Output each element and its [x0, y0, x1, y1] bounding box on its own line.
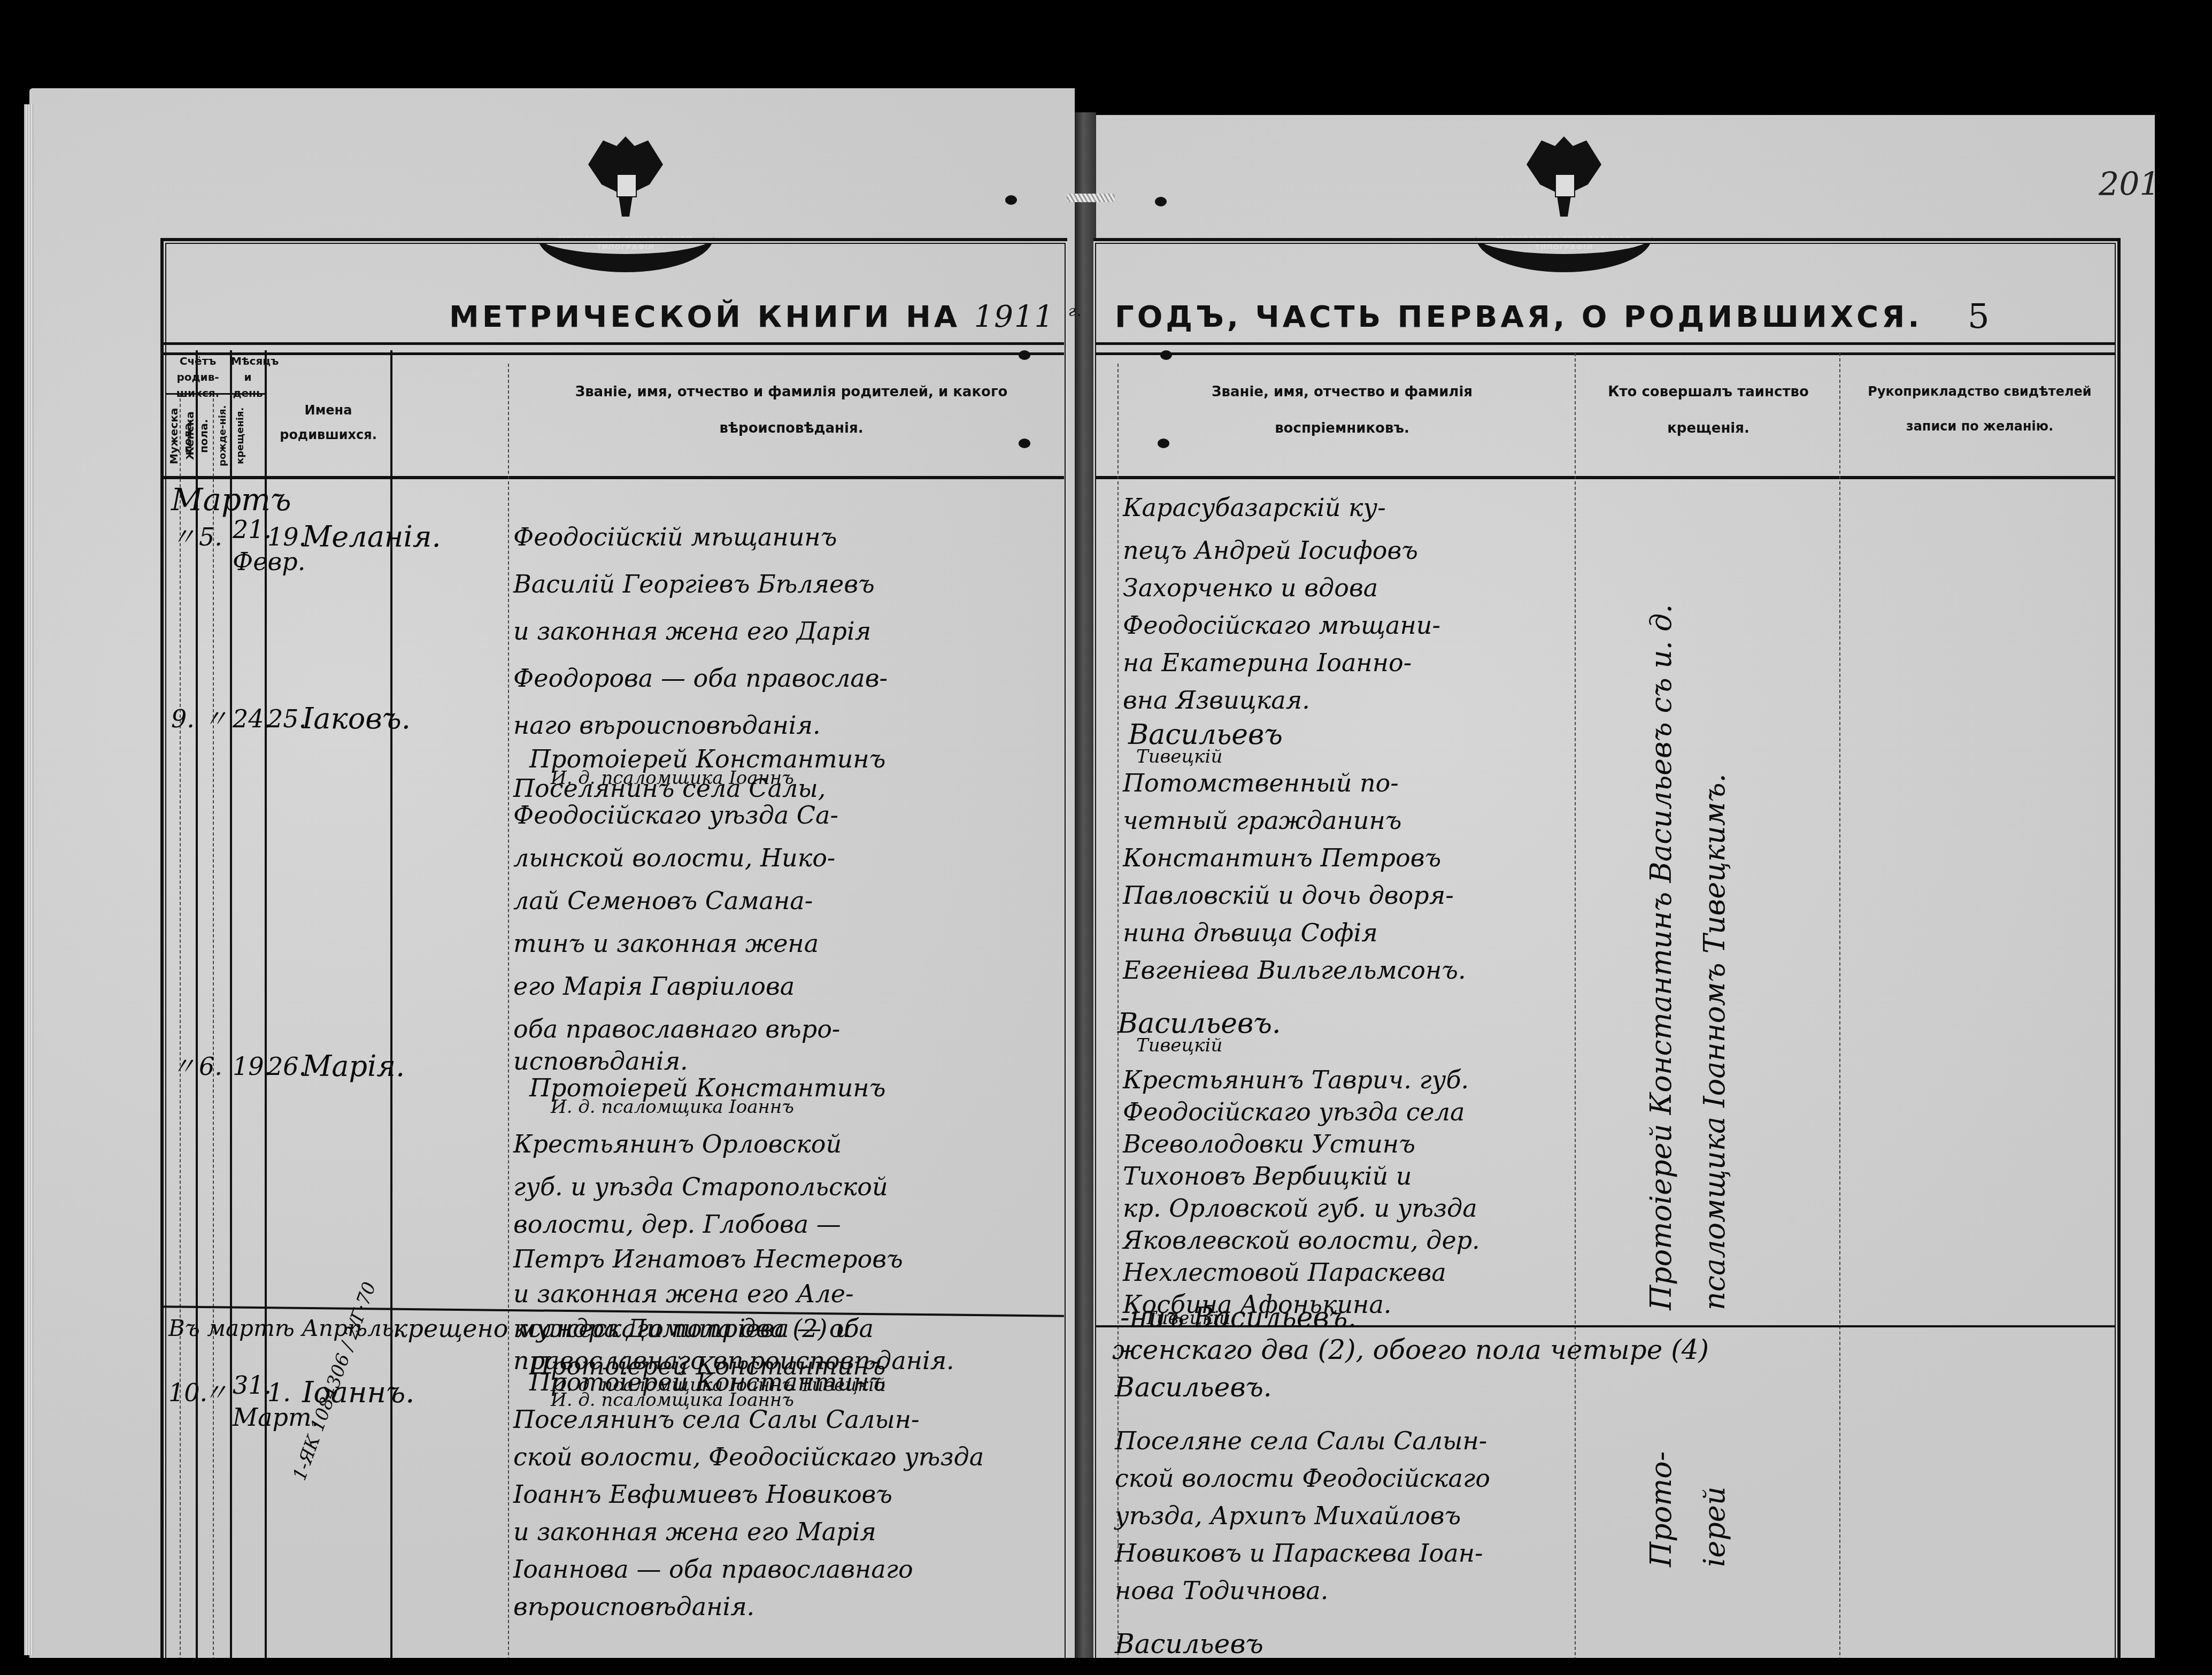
performed-by-priest-vertical: Прото-: [1644, 1374, 1678, 1567]
header-names: Имена родившихся.: [267, 398, 389, 447]
page-number: 5: [1968, 297, 1990, 336]
header-rule: [1096, 342, 2115, 355]
header-performed-by: Кто совершалъ таинство крещенія.: [1583, 374, 1834, 447]
signature: Васильевъ.: [1115, 1364, 1272, 1411]
page-stack-edge: [24, 104, 34, 1655]
signature: Тивецкій: [1144, 1308, 1230, 1329]
binding-string: [1067, 194, 1115, 202]
header-count-female: Женска пола.: [183, 398, 211, 473]
header-rule: [164, 342, 1064, 355]
column-divider: [508, 364, 509, 1661]
header-date-birth: рожде-нія.: [217, 398, 229, 473]
header-bottom-rule: [164, 476, 1064, 479]
performed-by-clerk-vertical: іерей: [1698, 1374, 1731, 1567]
performed-by-clerk-vertical: псаломщика Іоанномъ Тивецкимъ.: [1698, 562, 1731, 1310]
child-name: Іаковъ.: [302, 695, 411, 742]
header-witnesses: Рукоприкладство свидѣтелей записи по жел…: [1845, 374, 2115, 444]
header-count-group: Счётъ родив-шихся.: [166, 353, 230, 401]
header-date-baptism: крещенія.: [234, 398, 246, 473]
scan-bottom-edge: [0, 1658, 2212, 1675]
header-godparents: Званіе, имя, отчество и фамилія воспріем…: [1155, 374, 1529, 447]
binding-hole-icon: [1005, 195, 1017, 205]
book-spine: [1075, 112, 1096, 1663]
column-divider: [213, 393, 214, 1661]
header-parents: Званіе, имя, отчество и фамилія родителе…: [556, 374, 1027, 447]
column-divider: [1839, 353, 1840, 1661]
child-name: Марія.: [302, 1043, 405, 1090]
header-date-group: Мѣсяцъ и день: [231, 353, 265, 401]
folio-number: 201: [2099, 166, 2160, 203]
signature: Тивецкій: [1136, 1035, 1222, 1056]
column-divider: [180, 393, 181, 1661]
performed-by-priest-vertical: Протоіерей Константинъ Васильевъ съ и. д…: [1644, 562, 1678, 1310]
column-divider: [196, 350, 198, 1661]
column-divider: [230, 350, 232, 1661]
child-name: Меланія.: [302, 513, 441, 560]
column-divider: [1575, 353, 1576, 1661]
header-bottom-rule: [1096, 476, 2115, 479]
page-title-left: МЕТРИЧЕСКОЙ КНИГИ НА 1911 г.: [449, 299, 1083, 334]
binding-hole-icon: [1155, 197, 1167, 206]
page-title-right: ГОДЪ, ЧАСТЬ ПЕРВАЯ, О РОДИВШИХСЯ.: [1115, 299, 1923, 334]
handwritten-year: 1911: [974, 299, 1055, 334]
